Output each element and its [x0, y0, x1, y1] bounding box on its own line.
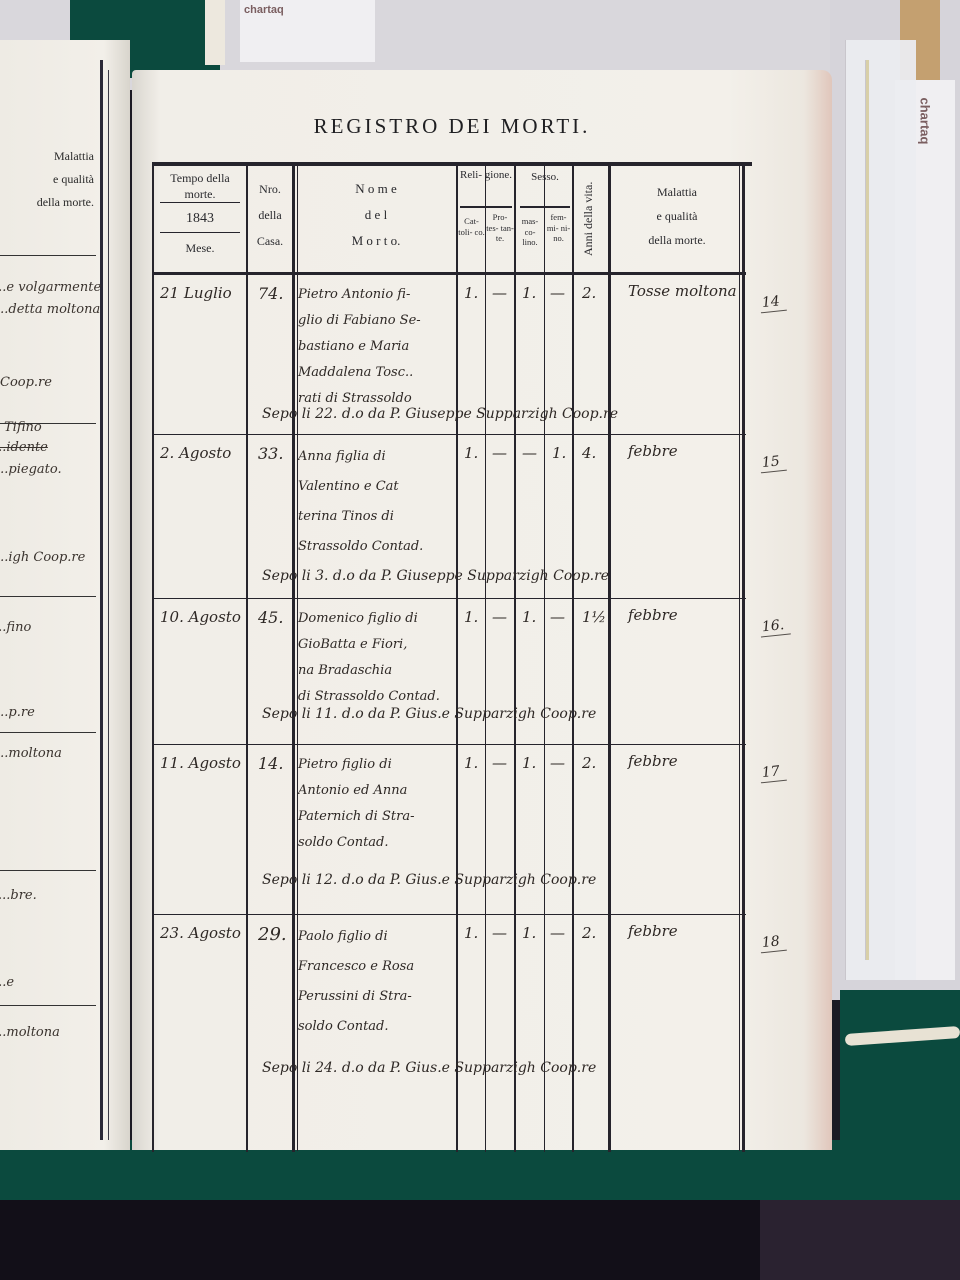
left-fragment: Coop.re — [0, 375, 52, 390]
header-tempo: Tempo della morte. — [156, 170, 244, 202]
table-top-rule — [152, 162, 752, 166]
entry-date: 23. Agosto — [160, 924, 241, 942]
entry-mascolino: 1. — [522, 284, 536, 302]
entry-house-number: 45. — [258, 608, 283, 627]
header-nro-casa: Nro. della Casa. — [248, 176, 292, 254]
left-page: Malattia e qualità della morte. ...e vol… — [0, 40, 130, 1150]
entry-femminino: 1. — [552, 444, 566, 462]
entry-cattolico: 1. — [464, 608, 478, 626]
entry-disease: Tosse moltona — [628, 282, 737, 300]
entry-name: Domenico figlio di GioBatta e Fiori, na … — [298, 606, 448, 710]
entry-femminino: — — [550, 608, 565, 626]
header-mese: Mese. — [156, 240, 244, 256]
tissue-paper — [845, 40, 916, 980]
entry-margin-number: 18 — [759, 933, 787, 954]
header-mascolino: mas- co- lino. — [516, 216, 544, 248]
entry-house-number: 14. — [258, 754, 283, 773]
entry-divider — [152, 434, 746, 435]
archive-label-card: chartaq — [240, 0, 375, 62]
register-entry: 10. Agosto 45. Domenico figlio di GioBat… — [152, 602, 746, 744]
divider — [160, 202, 240, 203]
entry-protestante: — — [492, 754, 507, 772]
header-bottom-rule — [152, 272, 746, 275]
page-border — [100, 60, 103, 1140]
entry-divider — [152, 598, 746, 599]
entry-age: 1½ — [582, 608, 606, 626]
entry-margin-number: 14 — [759, 293, 787, 314]
register-page: REGISTRO DEI MORTI. Tempo della morte. 1… — [132, 70, 832, 1150]
death-register-table: Tempo della morte. 1843 Mese. Nro. della… — [152, 162, 746, 1152]
entry-disease: febbre — [628, 752, 678, 770]
entry-cattolico: 1. — [464, 284, 478, 302]
entry-age: 2. — [582, 754, 596, 772]
entry-house-number: 33. — [258, 444, 283, 463]
entry-date: 21 Luglio — [160, 284, 232, 302]
page-border-inner — [108, 70, 109, 1140]
tissue-paper-strip — [865, 60, 869, 960]
divider — [0, 1005, 96, 1006]
left-fragment: ...p.re — [0, 705, 35, 720]
header-anni-vita: Anni della vita. — [580, 174, 596, 264]
left-fragment: ...detta moltona — [0, 302, 100, 317]
header-protestante: Pro- tes- tan- te. — [486, 212, 514, 244]
entry-name: Anna figlia di Valentino e Cat terina Ti… — [298, 442, 448, 562]
entry-cattolico: 1. — [464, 444, 478, 462]
entry-cattolico: 1. — [464, 754, 478, 772]
entry-mascolino: 1. — [522, 754, 536, 772]
entry-house-number: 74. — [258, 284, 283, 303]
entry-name: Pietro figlio di Antonio ed Anna Paterni… — [298, 752, 448, 856]
entry-disease: febbre — [628, 922, 678, 940]
divider — [0, 732, 96, 733]
left-header-malattia: Malattia e qualità della morte. — [0, 145, 100, 214]
header-sesso: Sesso. — [518, 170, 572, 185]
entry-burial-note: Sepo li 12. d.o da P. Gius.e Supparzigh … — [262, 872, 596, 888]
entry-date: 10. Agosto — [160, 608, 241, 626]
register-entry: 11. Agosto 14. Pietro figlio di Antonio … — [152, 748, 746, 912]
entry-burial-note: Sepo li 3. d.o da P. Giuseppe Supparzigh… — [262, 568, 609, 584]
left-fragment: Tifino — [4, 420, 42, 435]
header-religione: Reli- gione. — [458, 168, 514, 183]
entry-burial-note: Sepo li 24. d.o da P. Gius.e Supparzigh … — [262, 1060, 596, 1076]
entry-protestante: — — [492, 608, 507, 626]
left-fragment: ...idente — [0, 440, 48, 455]
left-fragment: ...moltona — [0, 1025, 60, 1040]
book-ribbon — [205, 0, 225, 65]
entry-margin-number: 15 — [759, 453, 787, 474]
register-entry: 21 Luglio 74. Pietro Antonio fi- glio di… — [152, 278, 746, 436]
left-fragment: ...igh Coop.re — [0, 550, 85, 565]
divider — [460, 206, 512, 208]
entry-divider — [152, 744, 746, 745]
entry-name: Paolo figlio di Francesco e Rosa Perussi… — [298, 922, 448, 1042]
left-fragment: ...e volgarmente — [0, 280, 101, 295]
left-fragment: ...e — [0, 975, 14, 990]
entry-date: 11. Agosto — [160, 754, 241, 772]
left-fragment: ...fino — [0, 620, 31, 635]
left-fragment: ...moltona — [0, 746, 62, 761]
entry-mascolino: 1. — [522, 608, 536, 626]
green-felt-cloth-right — [840, 990, 960, 1150]
entry-cattolico: 1. — [464, 924, 478, 942]
header-nome-morto: N o m e d e l M o r t o. — [298, 176, 454, 254]
card-brand-text: chartaq — [918, 98, 933, 158]
entry-femminino: — — [550, 924, 565, 942]
entry-femminino: — — [550, 754, 565, 772]
entry-protestante: — — [492, 444, 507, 462]
left-fragment: ...piegato. — [0, 462, 62, 477]
entry-age: 2. — [582, 924, 596, 942]
divider — [0, 870, 96, 871]
entry-protestante: — — [492, 284, 507, 302]
divider — [0, 596, 96, 597]
entry-disease: febbre — [628, 606, 678, 624]
entry-burial-note: Sepo li 11. d.o da P. Gius.e Supparzigh … — [262, 706, 596, 722]
header-cattolico: Cat- toli- co. — [458, 216, 485, 237]
entry-femminino: — — [550, 284, 565, 302]
header-malattia: Malattia e qualità della morte. — [614, 180, 740, 252]
divider — [520, 206, 570, 208]
entry-burial-note: Sepo li 22. d.o da P. Giuseppe Supparzig… — [262, 406, 618, 422]
entry-margin-number: 17 — [759, 763, 787, 784]
entry-divider — [152, 914, 746, 915]
page-title: REGISTRO DEI MORTI. — [132, 114, 772, 139]
entry-age: 2. — [582, 284, 596, 302]
entry-margin-number: 16. — [759, 616, 791, 637]
left-fragment: ...bre. — [0, 888, 37, 903]
divider — [160, 232, 240, 233]
entry-name: Pietro Antonio fi- glio di Fabiano Se- b… — [298, 282, 448, 412]
header-year: 1843 — [156, 210, 244, 229]
register-entry: 23. Agosto 29. Paolo figlio di Francesco… — [152, 918, 746, 1118]
header-femminino: fem- mi- ni- no. — [545, 212, 572, 244]
entry-disease: febbre — [628, 442, 678, 460]
card-brand-text: chartaq — [244, 4, 284, 16]
register-entry: 2. Agosto 33. Anna figlia di Valentino e… — [152, 438, 746, 598]
entry-mascolino: — — [522, 444, 537, 462]
entry-date: 2. Agosto — [160, 444, 231, 462]
entry-mascolino: 1. — [522, 924, 536, 942]
entry-protestante: — — [492, 924, 507, 942]
divider — [0, 255, 96, 256]
entry-house-number: 29. — [258, 924, 287, 945]
entry-age: 4. — [582, 444, 596, 462]
